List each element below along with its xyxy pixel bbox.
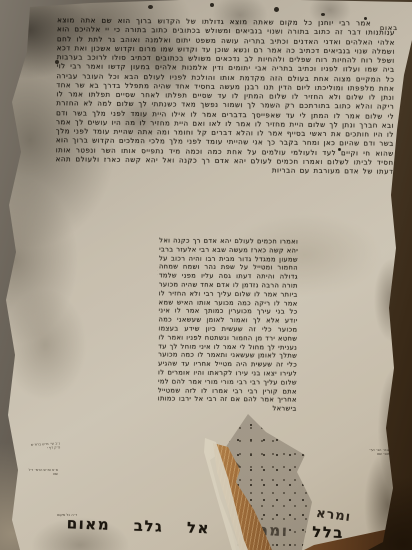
left-commentary-column: כל מקום. שאתה מוצא גדולתו של הקדוש ברוך … — [59, 245, 158, 502]
manuscript-photo: באום אמר רבי יוחנן כל מקום שאתה מוצא גדו… — [0, 0, 412, 550]
margin-note-right-bottom: עמ׳ סול — [364, 521, 399, 525]
margin-note-right-mid: ס׳א גרסי׳ — [393, 150, 412, 154]
margin-note-left-bottom: ד׳ה כל מקום — [42, 513, 77, 517]
manuscript-page: באום אמר רבי יוחנן כל מקום שאתה מוצא גדו… — [0, 0, 412, 550]
main-text-block: אמר רבי יוחנן כל מקום שאתה מוצא גדולתו ש… — [55, 16, 395, 238]
margin-note-left-lower: ס׳א ומ׳ש הרמ׳ ז׳ל שם — [26, 468, 58, 476]
right-commentary-column: שם אתה מוצא ענותנותו. דכתיב (דברים י) כי… — [295, 240, 392, 525]
margin-note-right-lower: הגה׳ הב׳ ועי׳ תוס׳ שם — [362, 448, 390, 456]
margin-note-left-mid: נ׳ב עי׳ מ׳ש ברא׳ש פ׳ק דף י — [28, 441, 60, 451]
center-text-column: ואמרו חכמים לעולם יהא אדם רך כקנה ואל יה… — [157, 236, 298, 517]
